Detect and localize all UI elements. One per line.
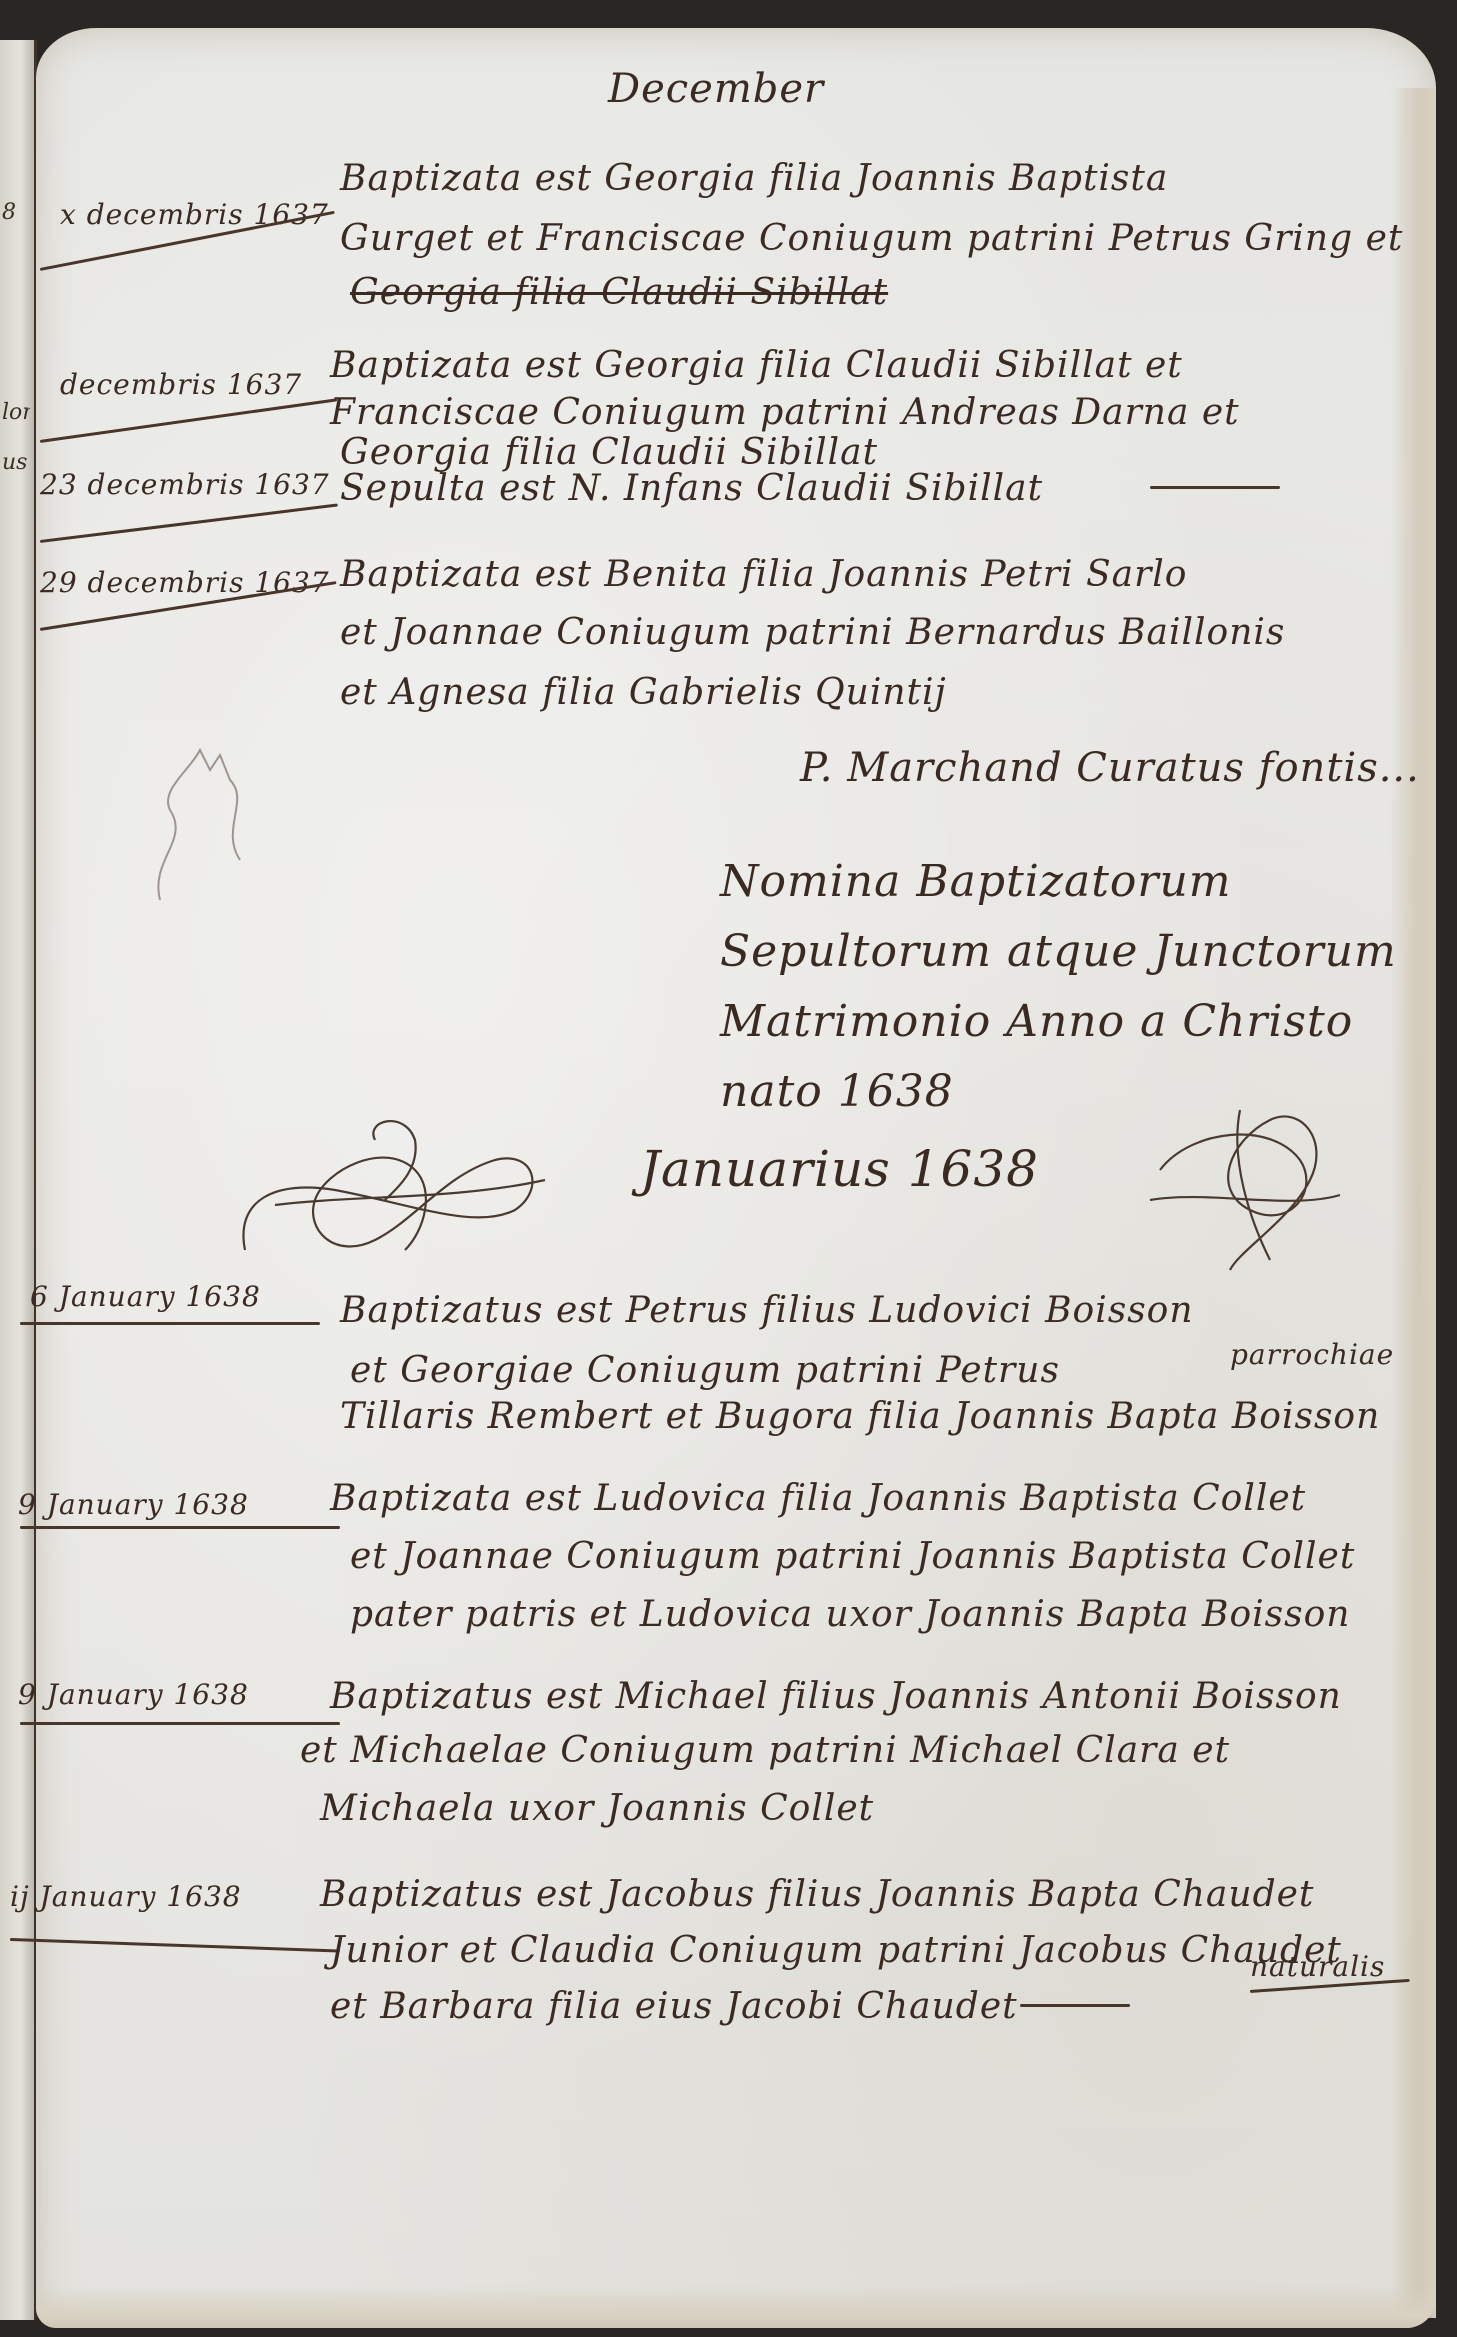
margin-date: 9 January 1638 bbox=[18, 1678, 249, 1711]
entry-line: et Georgiae Coniugum patrini Petrus bbox=[350, 1350, 1060, 1391]
previous-page-edge: 8 longij us bbox=[0, 40, 37, 2320]
entry-line: et Joannae Coniugum patrini Joannis Bapt… bbox=[350, 1536, 1355, 1577]
entry-line: Georgia filia Claudii Sibillat bbox=[350, 272, 888, 313]
margin-date: decembris 1637 bbox=[60, 368, 302, 401]
margin-date: 23 decembris 1637 bbox=[40, 468, 330, 501]
january-heading: Januarius 1638 bbox=[640, 1140, 1039, 1198]
decorative-flourish-left bbox=[215, 1110, 575, 1280]
margin-date: 6 January 1638 bbox=[30, 1280, 261, 1313]
entry-line: Franciscae Coniugum patrini Andreas Darn… bbox=[330, 392, 1240, 433]
entry-line: Baptizatus est Jacobus filius Joannis Ba… bbox=[320, 1874, 1314, 1915]
prev-page-fragment: 8 bbox=[2, 200, 30, 225]
margin-note: naturalis bbox=[1250, 1950, 1385, 1983]
margin-date: x decembris 1637 bbox=[60, 198, 329, 231]
torn-bottom-edge bbox=[36, 2288, 1436, 2328]
page-right-edge bbox=[1390, 88, 1436, 2318]
entry-divider bbox=[20, 1722, 340, 1725]
margin-date: 29 decembris 1637 bbox=[40, 566, 330, 599]
entry-line: Tillaris Rembert et Bugora filia Joannis… bbox=[340, 1396, 1380, 1437]
prev-page-fragment: longij bbox=[2, 400, 30, 425]
entry-line: Baptizata est Benita filia Joannis Petri… bbox=[340, 554, 1187, 595]
margin-date: ij January 1638 bbox=[10, 1880, 242, 1913]
entry-line: et Barbara filia eius Jacobi Chaudet bbox=[330, 1986, 1018, 2027]
entry-divider bbox=[20, 1526, 340, 1529]
month-heading: December bbox=[608, 66, 824, 112]
entry-line: pater patris et Ludovica uxor Joannis Ba… bbox=[350, 1594, 1350, 1635]
entry-line: et Joannae Coniugum patrini Bernardus Ba… bbox=[340, 612, 1285, 653]
entry-line: Michaela uxor Joannis Collet bbox=[320, 1788, 874, 1829]
entry-line: Sepulta est N. Infans Claudii Sibillat bbox=[340, 468, 1043, 509]
entry-line: Junior et Claudia Coniugum patrini Jacob… bbox=[330, 1930, 1342, 1971]
entry-line: Baptizata est Georgia filia Claudii Sibi… bbox=[330, 345, 1183, 386]
entry-divider bbox=[20, 1322, 320, 1325]
line-filler bbox=[1150, 486, 1280, 489]
entry-line: et Michaelae Coniugum patrini Michael Cl… bbox=[300, 1730, 1230, 1771]
ink-doodle bbox=[130, 740, 270, 920]
margin-note: parrochiae bbox=[1230, 1338, 1394, 1371]
entry-line: Baptizatus est Petrus filius Ludovici Bo… bbox=[340, 1290, 1194, 1331]
curate-signature: P. Marchand Curatus fontis... bbox=[800, 745, 1420, 791]
margin-date: 9 January 1638 bbox=[18, 1488, 249, 1521]
entry-line: et Agnesa filia Gabrielis Quintij bbox=[340, 672, 947, 713]
entry-line: Baptizatus est Michael filius Joannis An… bbox=[330, 1676, 1342, 1717]
entry-line: Gurget et Franciscae Coniugum patrini Pe… bbox=[340, 218, 1403, 259]
section-title-line: nato 1638 bbox=[720, 1050, 954, 1134]
entry-line: Georgia filia Claudii Sibillat bbox=[340, 432, 878, 473]
decorative-flourish-right bbox=[1130, 1100, 1350, 1280]
prev-page-fragment: us bbox=[2, 450, 30, 475]
line-filler bbox=[1020, 2004, 1130, 2007]
entry-line: Baptizata est Ludovica filia Joannis Bap… bbox=[330, 1478, 1306, 1519]
entry-line: Baptizata est Georgia filia Joannis Bapt… bbox=[340, 158, 1168, 199]
